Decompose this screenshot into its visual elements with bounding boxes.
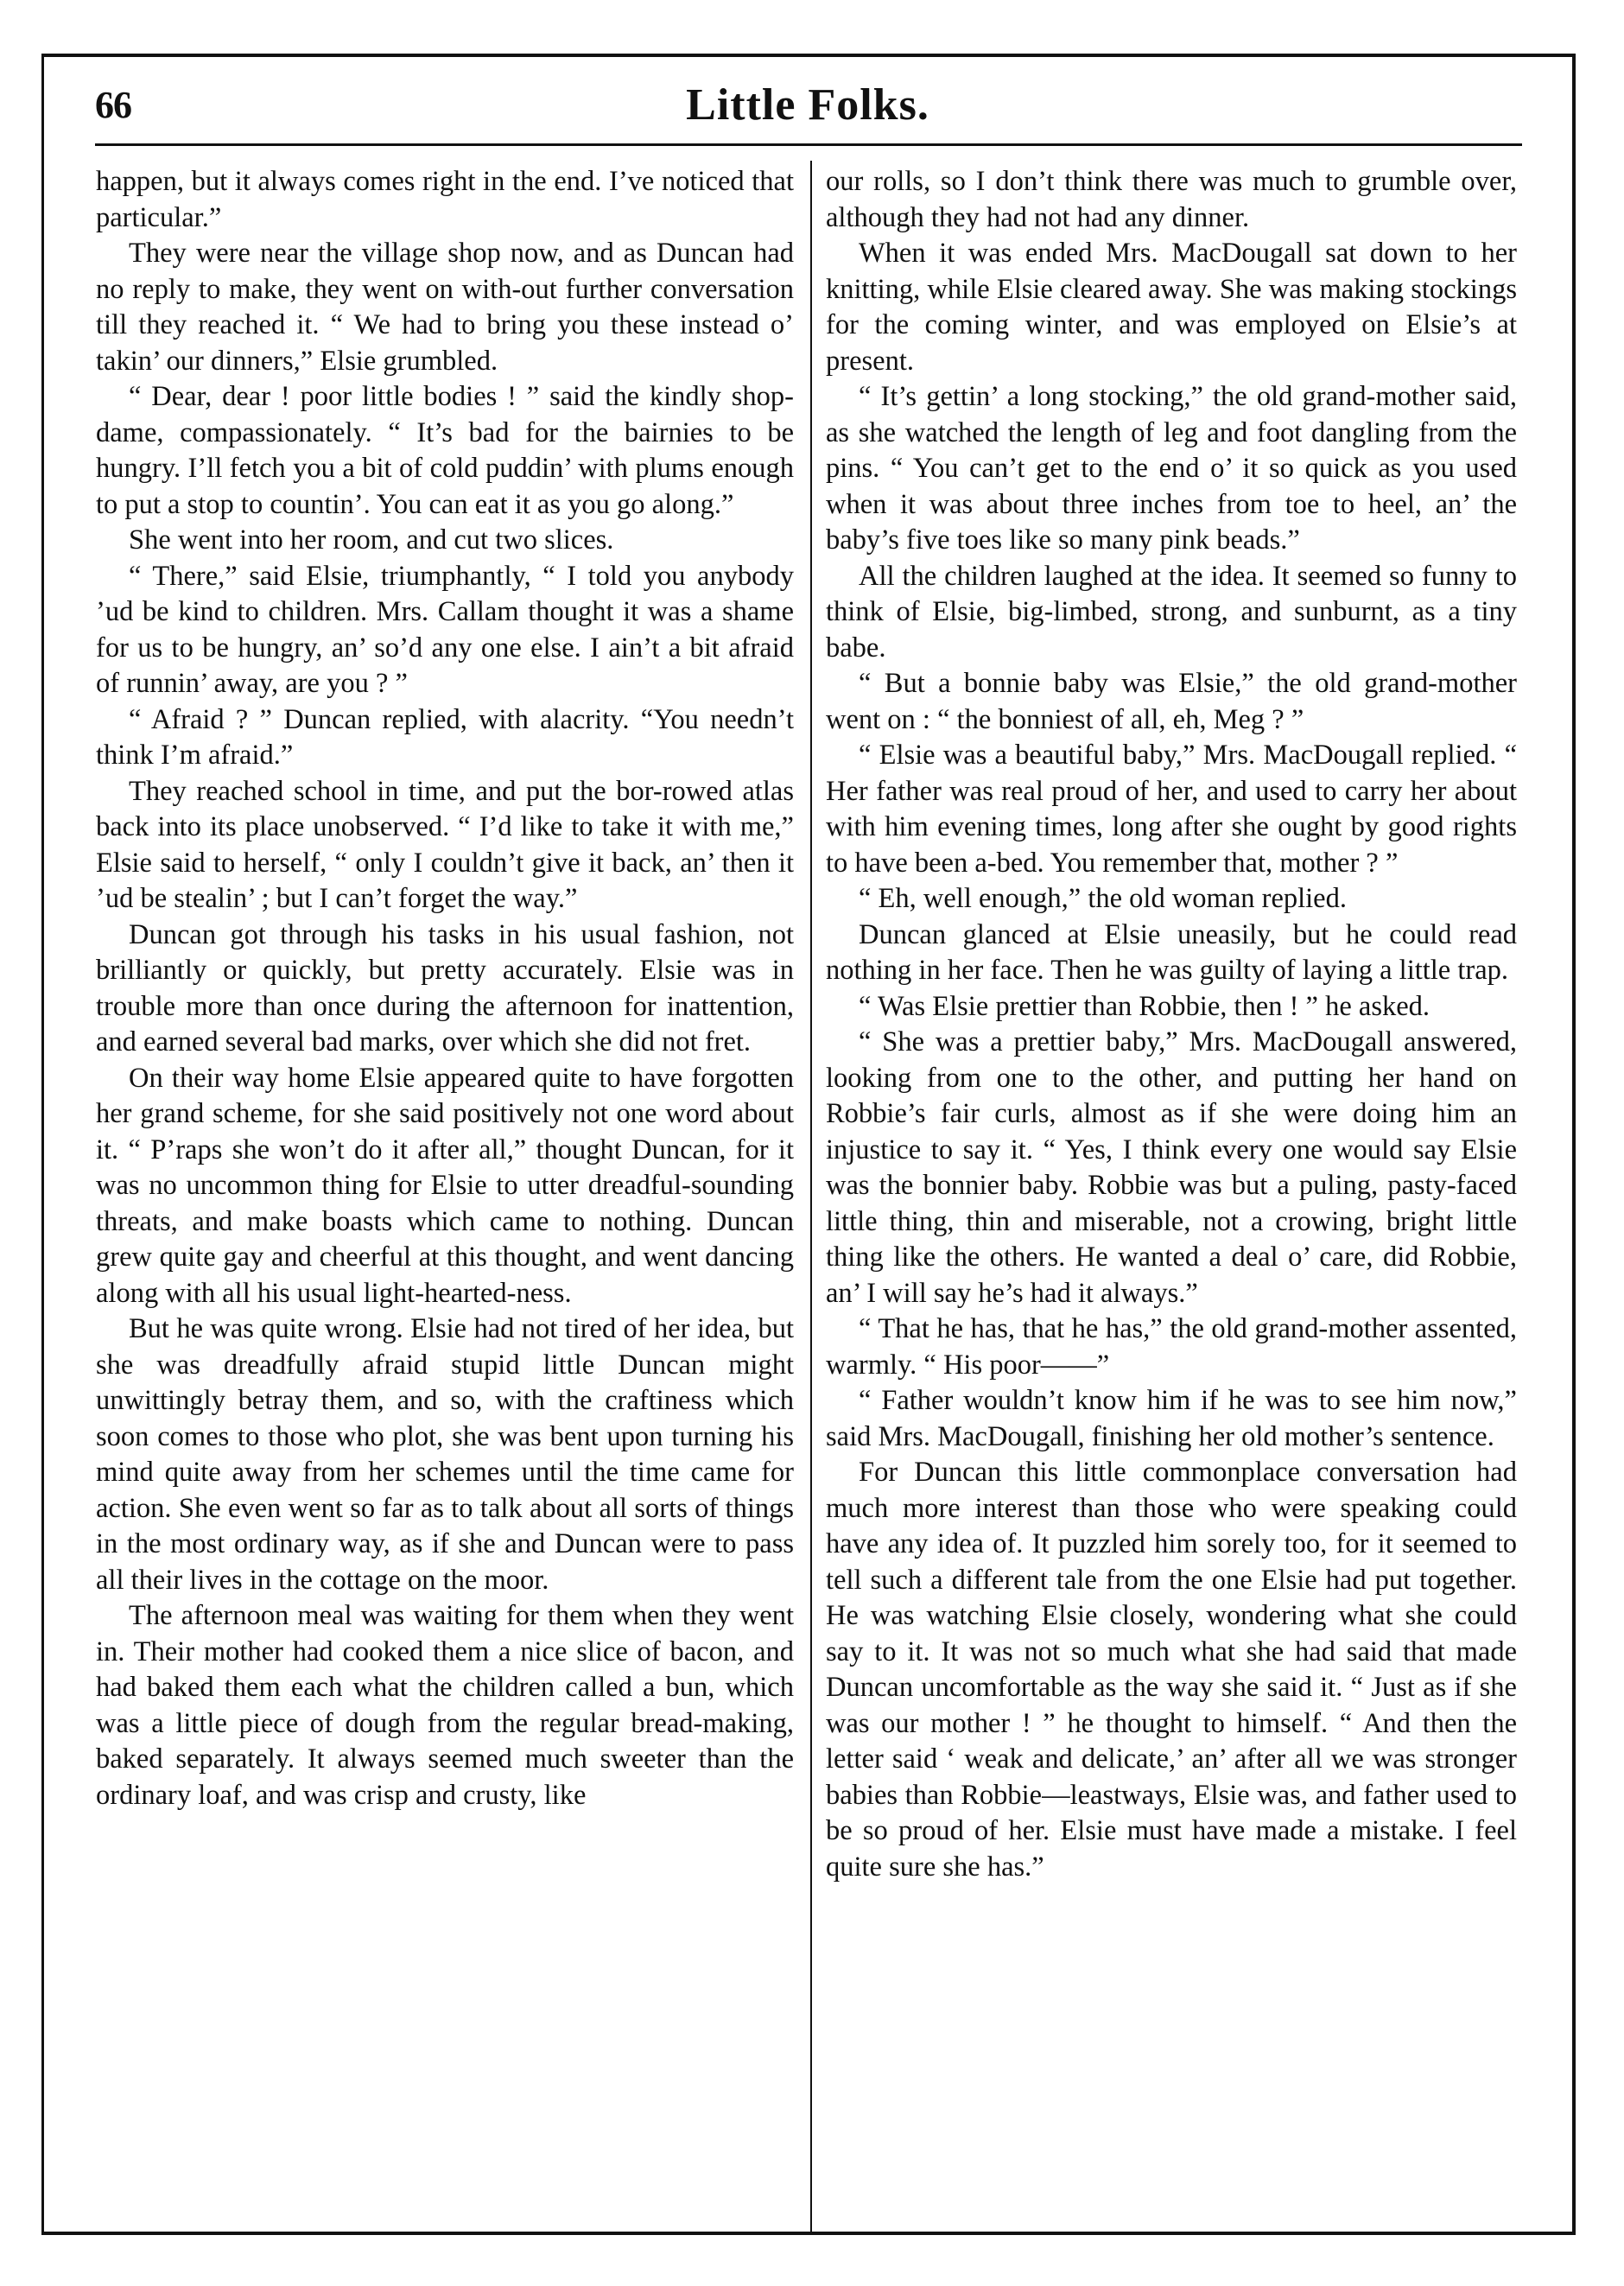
paragraph: “ Afraid ? ” Duncan replied, with alacri… [96, 702, 794, 774]
paragraph: They reached school in time, and put the… [96, 774, 794, 918]
paragraph: For Duncan this little commonplace conve… [826, 1455, 1517, 1885]
left-column: happen, but it always comes right in the… [96, 164, 794, 1813]
paragraph: “ Eh, well enough,” the old woman replie… [826, 881, 1517, 918]
page-header: 66 Little Folks. [95, 79, 1520, 140]
right-column: our rolls, so I don’t think there was mu… [826, 164, 1517, 1885]
header-rule [95, 143, 1522, 146]
paragraph: Duncan got through his tasks in his usua… [96, 918, 794, 1061]
paragraph: “ Father wouldn’t know him if he was to … [826, 1383, 1517, 1455]
paragraph: On their way home Elsie appeared quite t… [96, 1061, 794, 1312]
paragraph: They were near the village shop now, and… [96, 236, 794, 379]
paragraph: “ Dear, dear ! poor little bodies ! ” sa… [96, 379, 794, 523]
paragraph: “ She was a prettier baby,” Mrs. MacDoug… [826, 1025, 1517, 1311]
paragraph: “ But a bonnie baby was Elsie,” the old … [826, 666, 1517, 738]
paragraph: When it was ended Mrs. MacDougall sat do… [826, 236, 1517, 379]
paragraph: All the children laughed at the idea. It… [826, 559, 1517, 667]
paragraph: our rolls, so I don’t think there was mu… [826, 164, 1517, 236]
paragraph: happen, but it always comes right in the… [96, 164, 794, 236]
paragraph: “ There,” said Elsie, triumphantly, “ I … [96, 559, 794, 702]
running-title: Little Folks. [95, 79, 1520, 130]
paragraph: “ Was Elsie prettier than Robbie, then !… [826, 989, 1517, 1026]
paragraph: Duncan glanced at Elsie uneasily, but he… [826, 918, 1517, 989]
paragraph: “ It’s gettin’ a long stocking,” the old… [826, 379, 1517, 559]
paragraph: “ Elsie was a beautiful baby,” Mrs. MacD… [826, 738, 1517, 881]
paragraph: But he was quite wrong. Elsie had not ti… [96, 1311, 794, 1598]
paragraph: She went into her room, and cut two slic… [96, 523, 794, 559]
paragraph: The afternoon meal was waiting for them … [96, 1598, 794, 1813]
paragraph: “ That he has, that he has,” the old gra… [826, 1311, 1517, 1383]
column-divider [810, 161, 812, 2234]
